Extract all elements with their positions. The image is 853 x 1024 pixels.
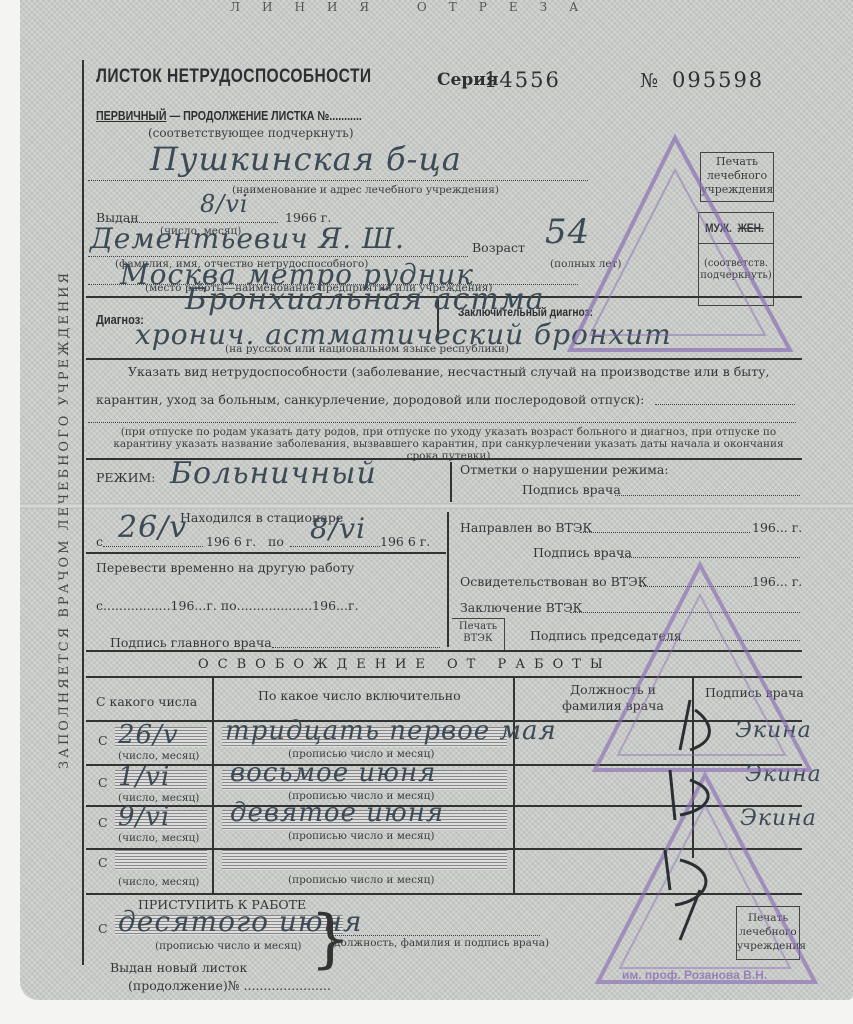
chief-signature-label: Подпись главного врача xyxy=(110,635,272,650)
institution-handwritten: Пушкинская б-ца xyxy=(150,140,462,178)
row4-prefix: С xyxy=(98,855,108,870)
new-sheet-continuation: (продолжение)№ ...................... xyxy=(128,978,331,993)
row1-date-caption: (число, месяц) xyxy=(118,750,199,762)
regime-label: РЕЖИМ: xyxy=(96,470,156,485)
row2-from: 1/vi xyxy=(118,762,170,792)
institution-stamp-icon xyxy=(560,130,800,360)
hospital-from-date: 26/v xyxy=(118,510,187,545)
issued-date-handwritten: 8/vi xyxy=(200,190,249,218)
row2-to: восьмое июня xyxy=(230,758,436,788)
cut-line: ЛИНИЯ ОТРЕЗА xyxy=(230,0,600,14)
institution-caption: (наименование и адрес лечебного учрежден… xyxy=(232,184,499,196)
regime-doctor-signature: Подпись врача xyxy=(522,482,621,497)
row3-to: девятое июня xyxy=(230,798,444,828)
vtek-doctor-signature: Подпись врача xyxy=(533,545,632,560)
row1-prefix: С xyxy=(98,733,108,748)
vtek-stamp-box: Печать ВТЭК xyxy=(452,618,505,651)
form-title: ЛИСТОК НЕТРУДОСПОСОБНОСТИ xyxy=(96,66,371,88)
primary-option: ПЕРВИЧНЫЙ xyxy=(96,108,167,123)
row2-prefix: С xyxy=(98,775,108,790)
hospital-to-date: 8/vi xyxy=(310,512,366,545)
row1-from: 26/v xyxy=(118,720,179,750)
disability-type-line2: карантин, уход за больным, санкурлечение… xyxy=(96,392,644,407)
paper-fold xyxy=(20,503,853,509)
hospital-year1: 196 6 г. xyxy=(206,534,256,549)
side-text: ЗАПОЛНЯЕТСЯ ВРАЧОМ ЛЕЧЕБНОГО УЧРЕЖДЕНИЯ xyxy=(57,200,77,840)
disability-type-line1: Указать вид нетрудоспособности (заболева… xyxy=(128,364,769,379)
diagnosis-caption: (на русском или национальном языке респу… xyxy=(225,343,509,355)
doctor-signature-icon xyxy=(650,690,740,950)
row3-prefix: С xyxy=(98,815,108,830)
col-from: С какого числа xyxy=(96,694,197,709)
return-prefix: С xyxy=(98,921,108,936)
underline-hint: (соответствующее подчеркнуть) xyxy=(148,126,354,140)
col-to: По какое число включительно xyxy=(258,688,461,703)
violations-label: Отметки о нарушении режима: xyxy=(460,462,669,477)
sheet-type: ПЕРВИЧНЫЙ — ПРОДОЛЖЕНИЕ ЛИСТКА №........… xyxy=(96,108,362,123)
diagnosis-line1: Бронхиальная астма xyxy=(185,282,545,317)
patient-name-handwritten: Дементьевич Я. Ш. xyxy=(90,222,405,255)
continuation-option: — ПРОДОЛЖЕНИЕ ЛИСТКА №........... xyxy=(167,108,362,123)
row4-words-caption: (прописью число и месяц) xyxy=(288,874,434,886)
hospital-year2: 196 6 г. xyxy=(380,534,430,549)
row4-date-caption: (число, месяц) xyxy=(118,876,199,888)
row3-words-caption: (прописью число и месяц) xyxy=(288,830,434,842)
vtek-conclusion: Заключение ВТЭК xyxy=(460,600,582,615)
frame-border xyxy=(82,60,84,965)
row1-to: тридцать первое мая xyxy=(225,716,557,746)
vtek-referred: Направлен во ВТЭК xyxy=(460,520,592,535)
regime-handwritten: Больничный xyxy=(170,456,377,491)
new-sheet-label: Выдан новый листок xyxy=(110,960,247,975)
transfer-label: Перевести временно на другую работу xyxy=(96,560,354,575)
number-label: № xyxy=(640,70,658,92)
stamp-bottom-text: им. проф. Розанова В.Н. xyxy=(622,968,767,982)
hospital-from-prefix: с xyxy=(96,534,103,549)
age-label: Возраст xyxy=(472,240,525,255)
hospital-to-label: по xyxy=(268,534,284,549)
transfer-range: с.................196...г. по...........… xyxy=(96,598,358,613)
document-number: 095598 xyxy=(672,68,764,92)
vtek-referred-year: 196... г. xyxy=(752,520,802,535)
return-caption: (прописью число и месяц) xyxy=(155,940,301,952)
series-number: 14556 xyxy=(484,68,561,92)
release-title: ОСВОБОЖДЕНИЕ ОТ РАБОТЫ xyxy=(198,657,612,672)
row3-date-caption: (число, месяц) xyxy=(118,832,199,844)
return-signature-caption: (должность, фамилия и подпись врача) xyxy=(330,937,549,949)
row3-from: 9/vi xyxy=(118,802,170,832)
